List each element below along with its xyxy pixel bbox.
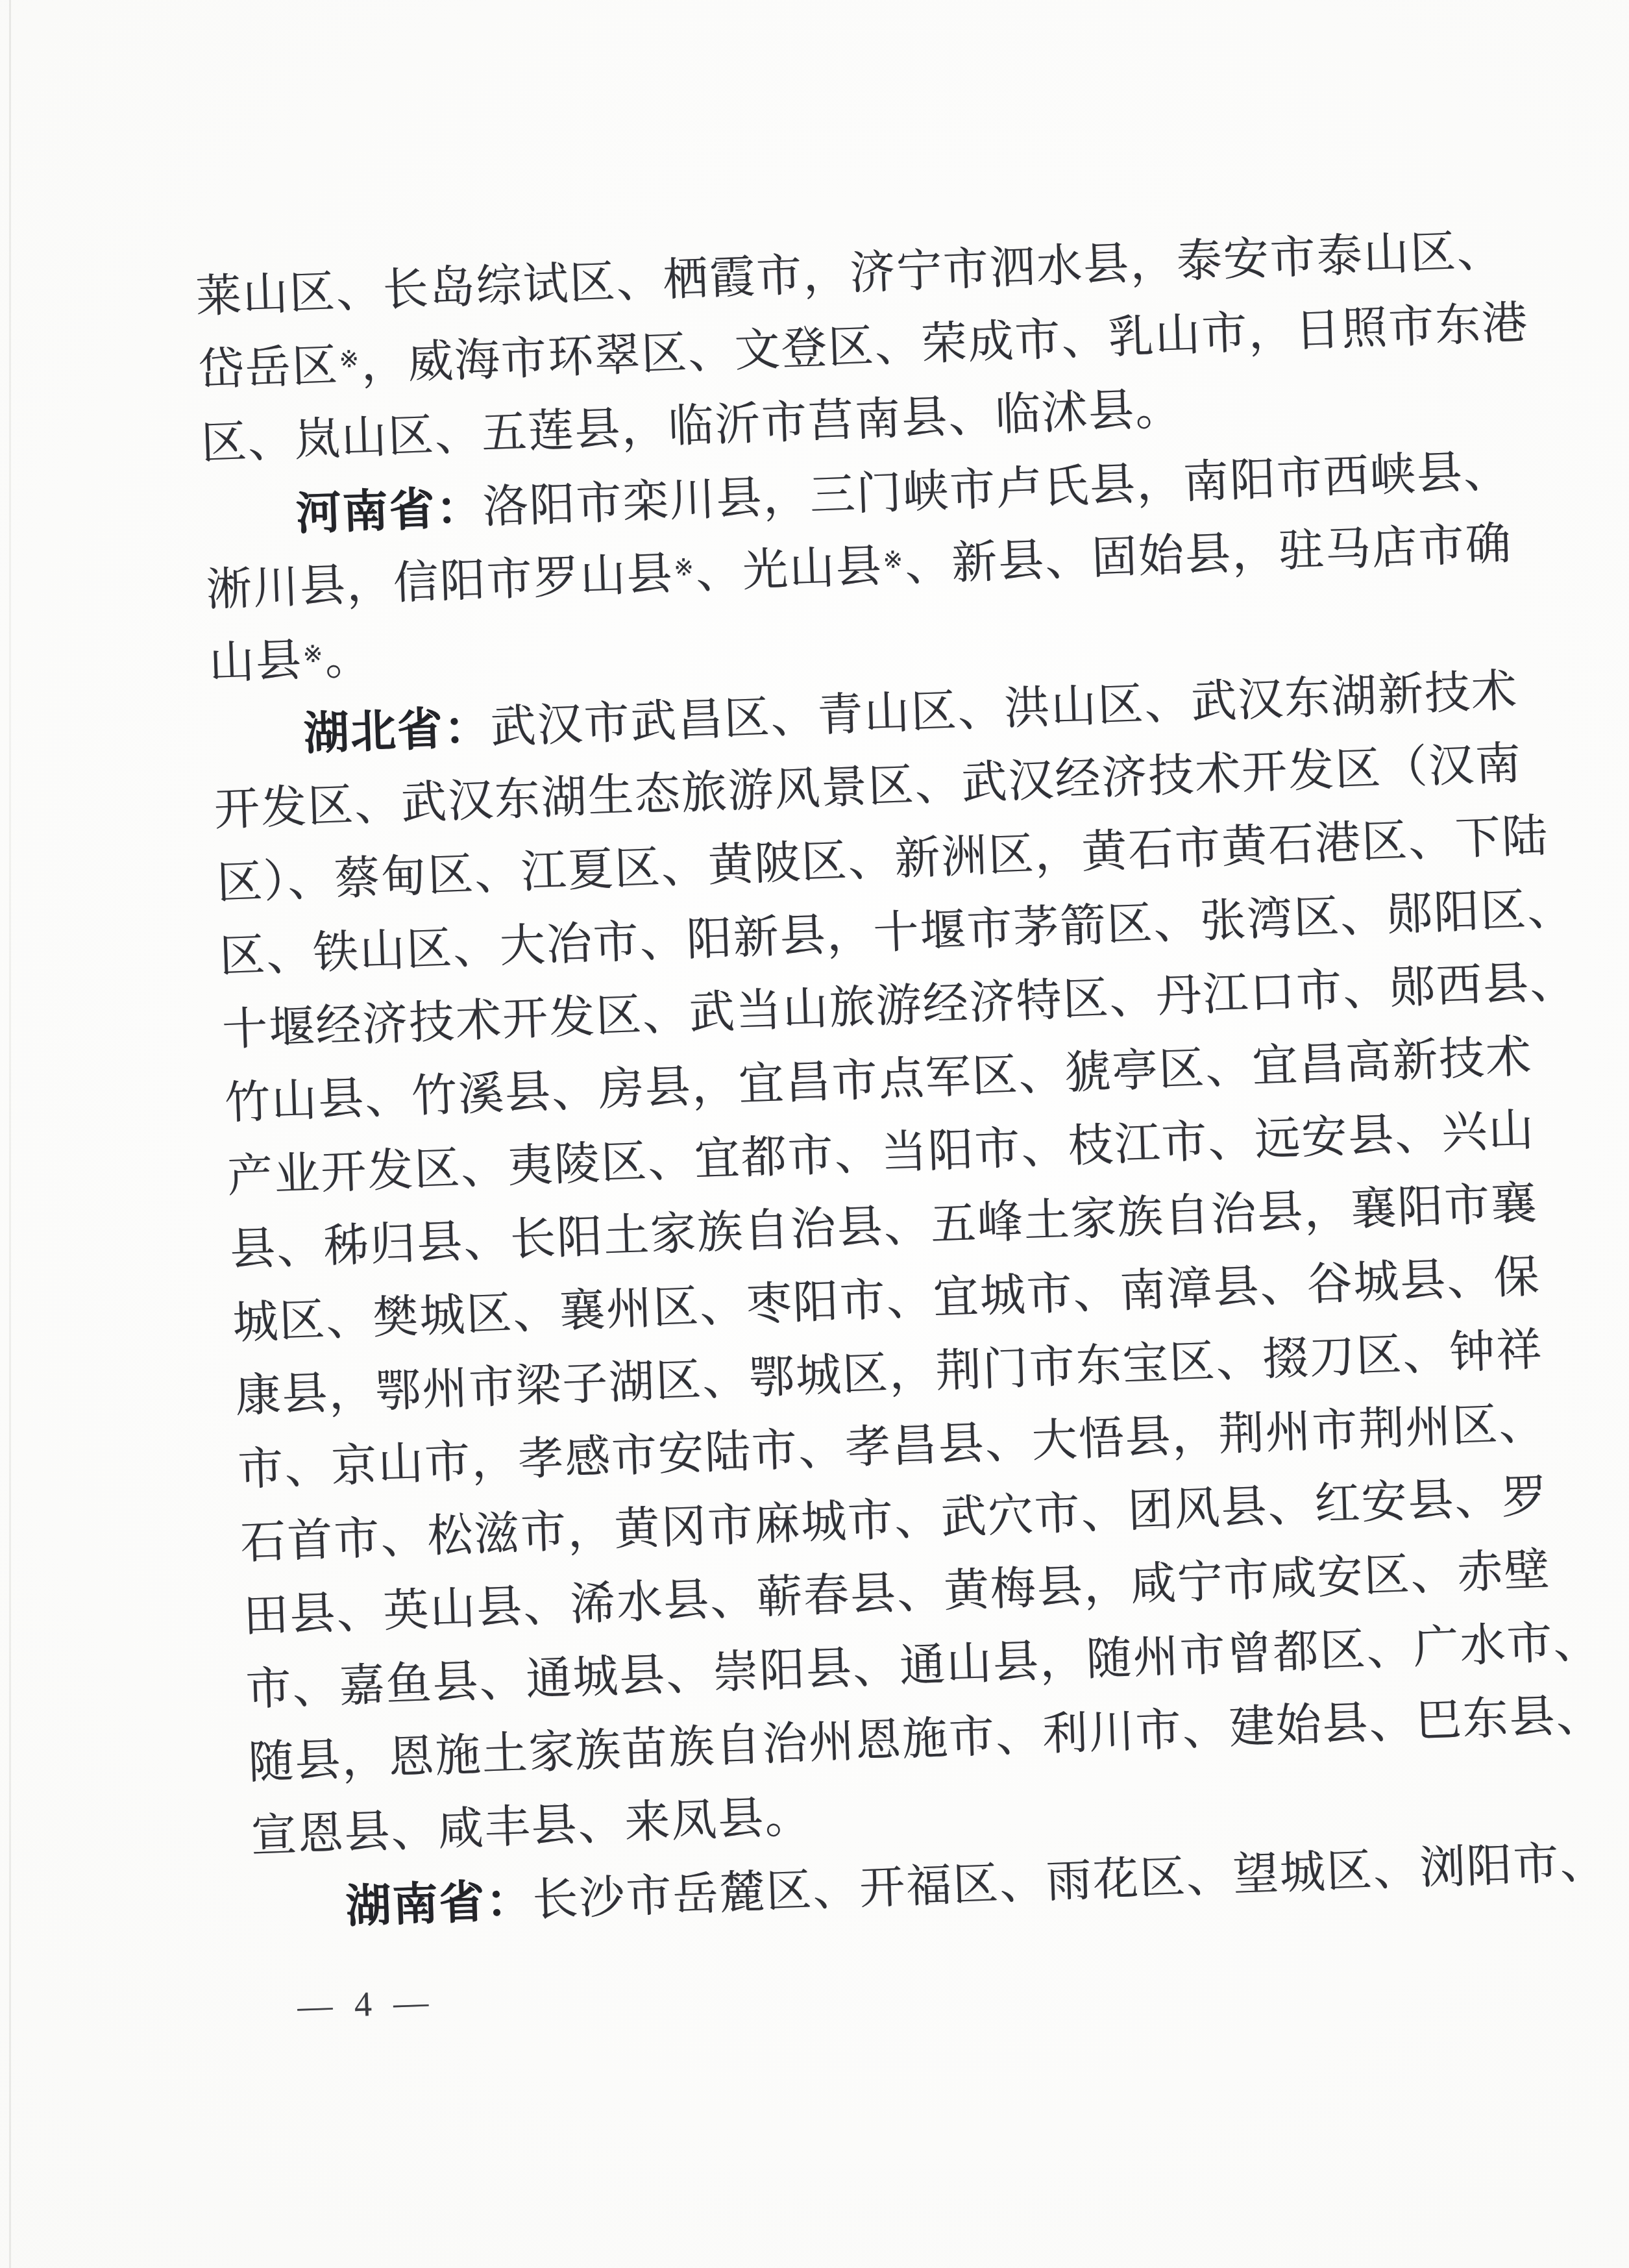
province-heading: 湖南省： [345, 1875, 533, 1932]
scan-edge-artifact [9, 0, 11, 2268]
document-body-text: 莱山区、长岛综试区、栖霞市，济宁市泗水县，泰安市泰山区、岱岳区※，威海市环翠区、… [195, 213, 1608, 2045]
reference-mark: ※ [883, 547, 903, 573]
province-heading: 河南省： [295, 482, 484, 539]
reference-mark: ※ [674, 554, 694, 581]
text-lines-container: 莱山区、长岛综试区、栖霞市，济宁市泗水县，泰安市泰山区、岱岳区※，威海市环翠区、… [195, 213, 1604, 1947]
province-heading: 湖北省： [303, 702, 492, 759]
reference-mark: ※ [339, 346, 360, 373]
document-page: 莱山区、长岛综试区、栖霞市，济宁市泗水县，泰安市泰山区、岱岳区※，威海市环翠区、… [0, 0, 1629, 2268]
page-number: — 4 — [256, 1923, 1608, 2045]
reference-mark: ※ [302, 641, 323, 667]
